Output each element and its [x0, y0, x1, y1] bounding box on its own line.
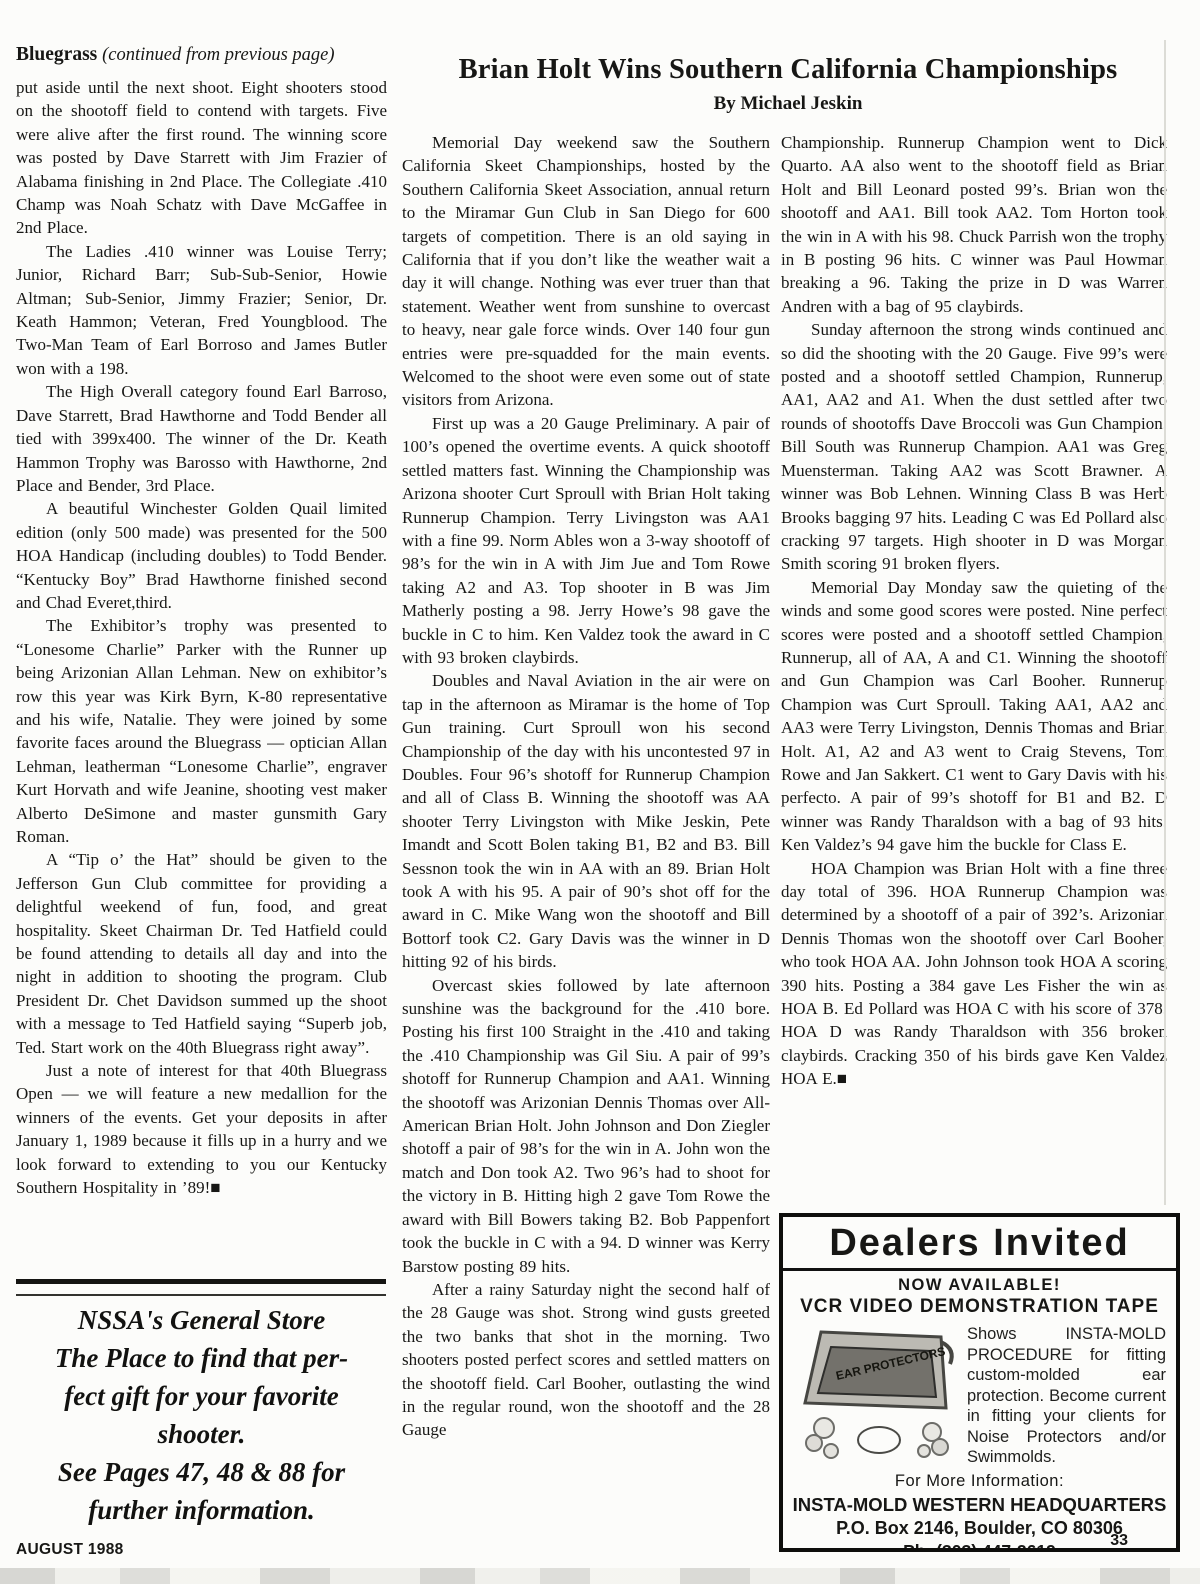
- paragraph: A beautiful Winchester Golden Quail limi…: [16, 497, 387, 614]
- promo-line: further information.: [16, 1491, 387, 1529]
- product-photo: EAR PROTECTORS: [791, 1324, 963, 1472]
- page-number: 33: [1088, 1532, 1128, 1550]
- bluegrass-continued-note: (continued from previous page): [102, 45, 334, 65]
- ad-title: Dealers Invited: [783, 1217, 1176, 1268]
- paragraph: Overcast skies followed by late afternoo…: [402, 974, 770, 1278]
- paragraph: Doubles and Naval Aviation in the air we…: [402, 669, 770, 973]
- paragraph: After a rainy Saturday night the second …: [402, 1278, 770, 1442]
- promo-line: shooter.: [16, 1415, 387, 1453]
- ad-now-available: NOW AVAILABLE!: [783, 1276, 1176, 1295]
- article-header: Brian Holt Wins Southern California Cham…: [392, 54, 1184, 115]
- column-left-bluegrass: Bluegrass (continued from previous page)…: [16, 44, 387, 1259]
- paragraph: HOA Champion was Brian Holt with a fine …: [781, 857, 1167, 1091]
- ear-protectors-case: EAR PROTECTORS: [805, 1332, 952, 1408]
- bluegrass-title: Bluegrass: [16, 44, 97, 65]
- paragraph: The High Overall category found Earl Bar…: [16, 380, 387, 497]
- scan-artifact-right-edge: [1164, 40, 1166, 1205]
- ad-info-label: For More Information:: [783, 1472, 1176, 1491]
- footer-date: AUGUST 1988: [16, 1541, 124, 1559]
- article-headline: Brian Holt Wins Southern California Cham…: [392, 54, 1184, 86]
- paragraph: First up was a 20 Gauge Preliminary. A p…: [402, 412, 770, 669]
- dealers-invited-ad: Dealers Invited NOW AVAILABLE! VCR VIDEO…: [779, 1213, 1180, 1552]
- ad-body-text: Shows INSTA-MOLD PROCEDURE for fitting c…: [963, 1324, 1166, 1468]
- section-divider-rule: [16, 1279, 386, 1296]
- paragraph: A “Tip o’ the Hat” should be given to th…: [16, 848, 387, 1059]
- paragraph: put aside until the next shoot. Eight sh…: [16, 76, 387, 240]
- paragraph: Memorial Day Monday saw the quieting of …: [781, 576, 1167, 857]
- article-byline: By Michael Jeskin: [392, 93, 1184, 115]
- promo-line: The Place to find that per-: [16, 1339, 387, 1377]
- magazine-page: { "bluegrass": { "title": "Bluegrass", "…: [0, 0, 1200, 1584]
- promo-line: See Pages 47, 48 & 88 for: [16, 1453, 387, 1491]
- paragraph: The Exhibitor’s trophy was presented to …: [16, 614, 387, 848]
- bluegrass-section-title: Bluegrass (continued from previous page): [16, 44, 387, 66]
- paragraph: Memorial Day weekend saw the Southern Ca…: [402, 131, 770, 412]
- general-store-promo: NSSA's General Store The Place to find t…: [16, 1301, 387, 1529]
- ad-tape-title: VCR VIDEO DEMONSTRATION TAPE: [783, 1296, 1176, 1318]
- promo-line: NSSA's General Store: [16, 1301, 387, 1339]
- column-middle: Memorial Day weekend saw the Southern Ca…: [402, 131, 770, 1583]
- paragraph: Sunday afternoon the strong winds contin…: [781, 318, 1167, 575]
- promo-line: fect gift for your favorite: [16, 1377, 387, 1415]
- ad-company: INSTA-MOLD WESTERN HEADQUARTERS: [783, 1494, 1176, 1516]
- scan-artifact-bottom-band: [0, 1568, 1200, 1584]
- column-right: Championship. Runnerup Champion went to …: [781, 131, 1167, 1209]
- ad-title-divider: [783, 1268, 1176, 1271]
- paragraph: The Ladies .410 winner was Louise Terry;…: [16, 240, 387, 380]
- paragraph: Championship. Runnerup Champion went to …: [781, 131, 1167, 318]
- cord-ring: [846, 1417, 912, 1463]
- ad-photo-row: EAR PROTECTORS Shows INSTA-MOLD PROCEDUR…: [783, 1318, 1176, 1472]
- paragraph: Just a note of interest for that 40th Bl…: [16, 1059, 387, 1199]
